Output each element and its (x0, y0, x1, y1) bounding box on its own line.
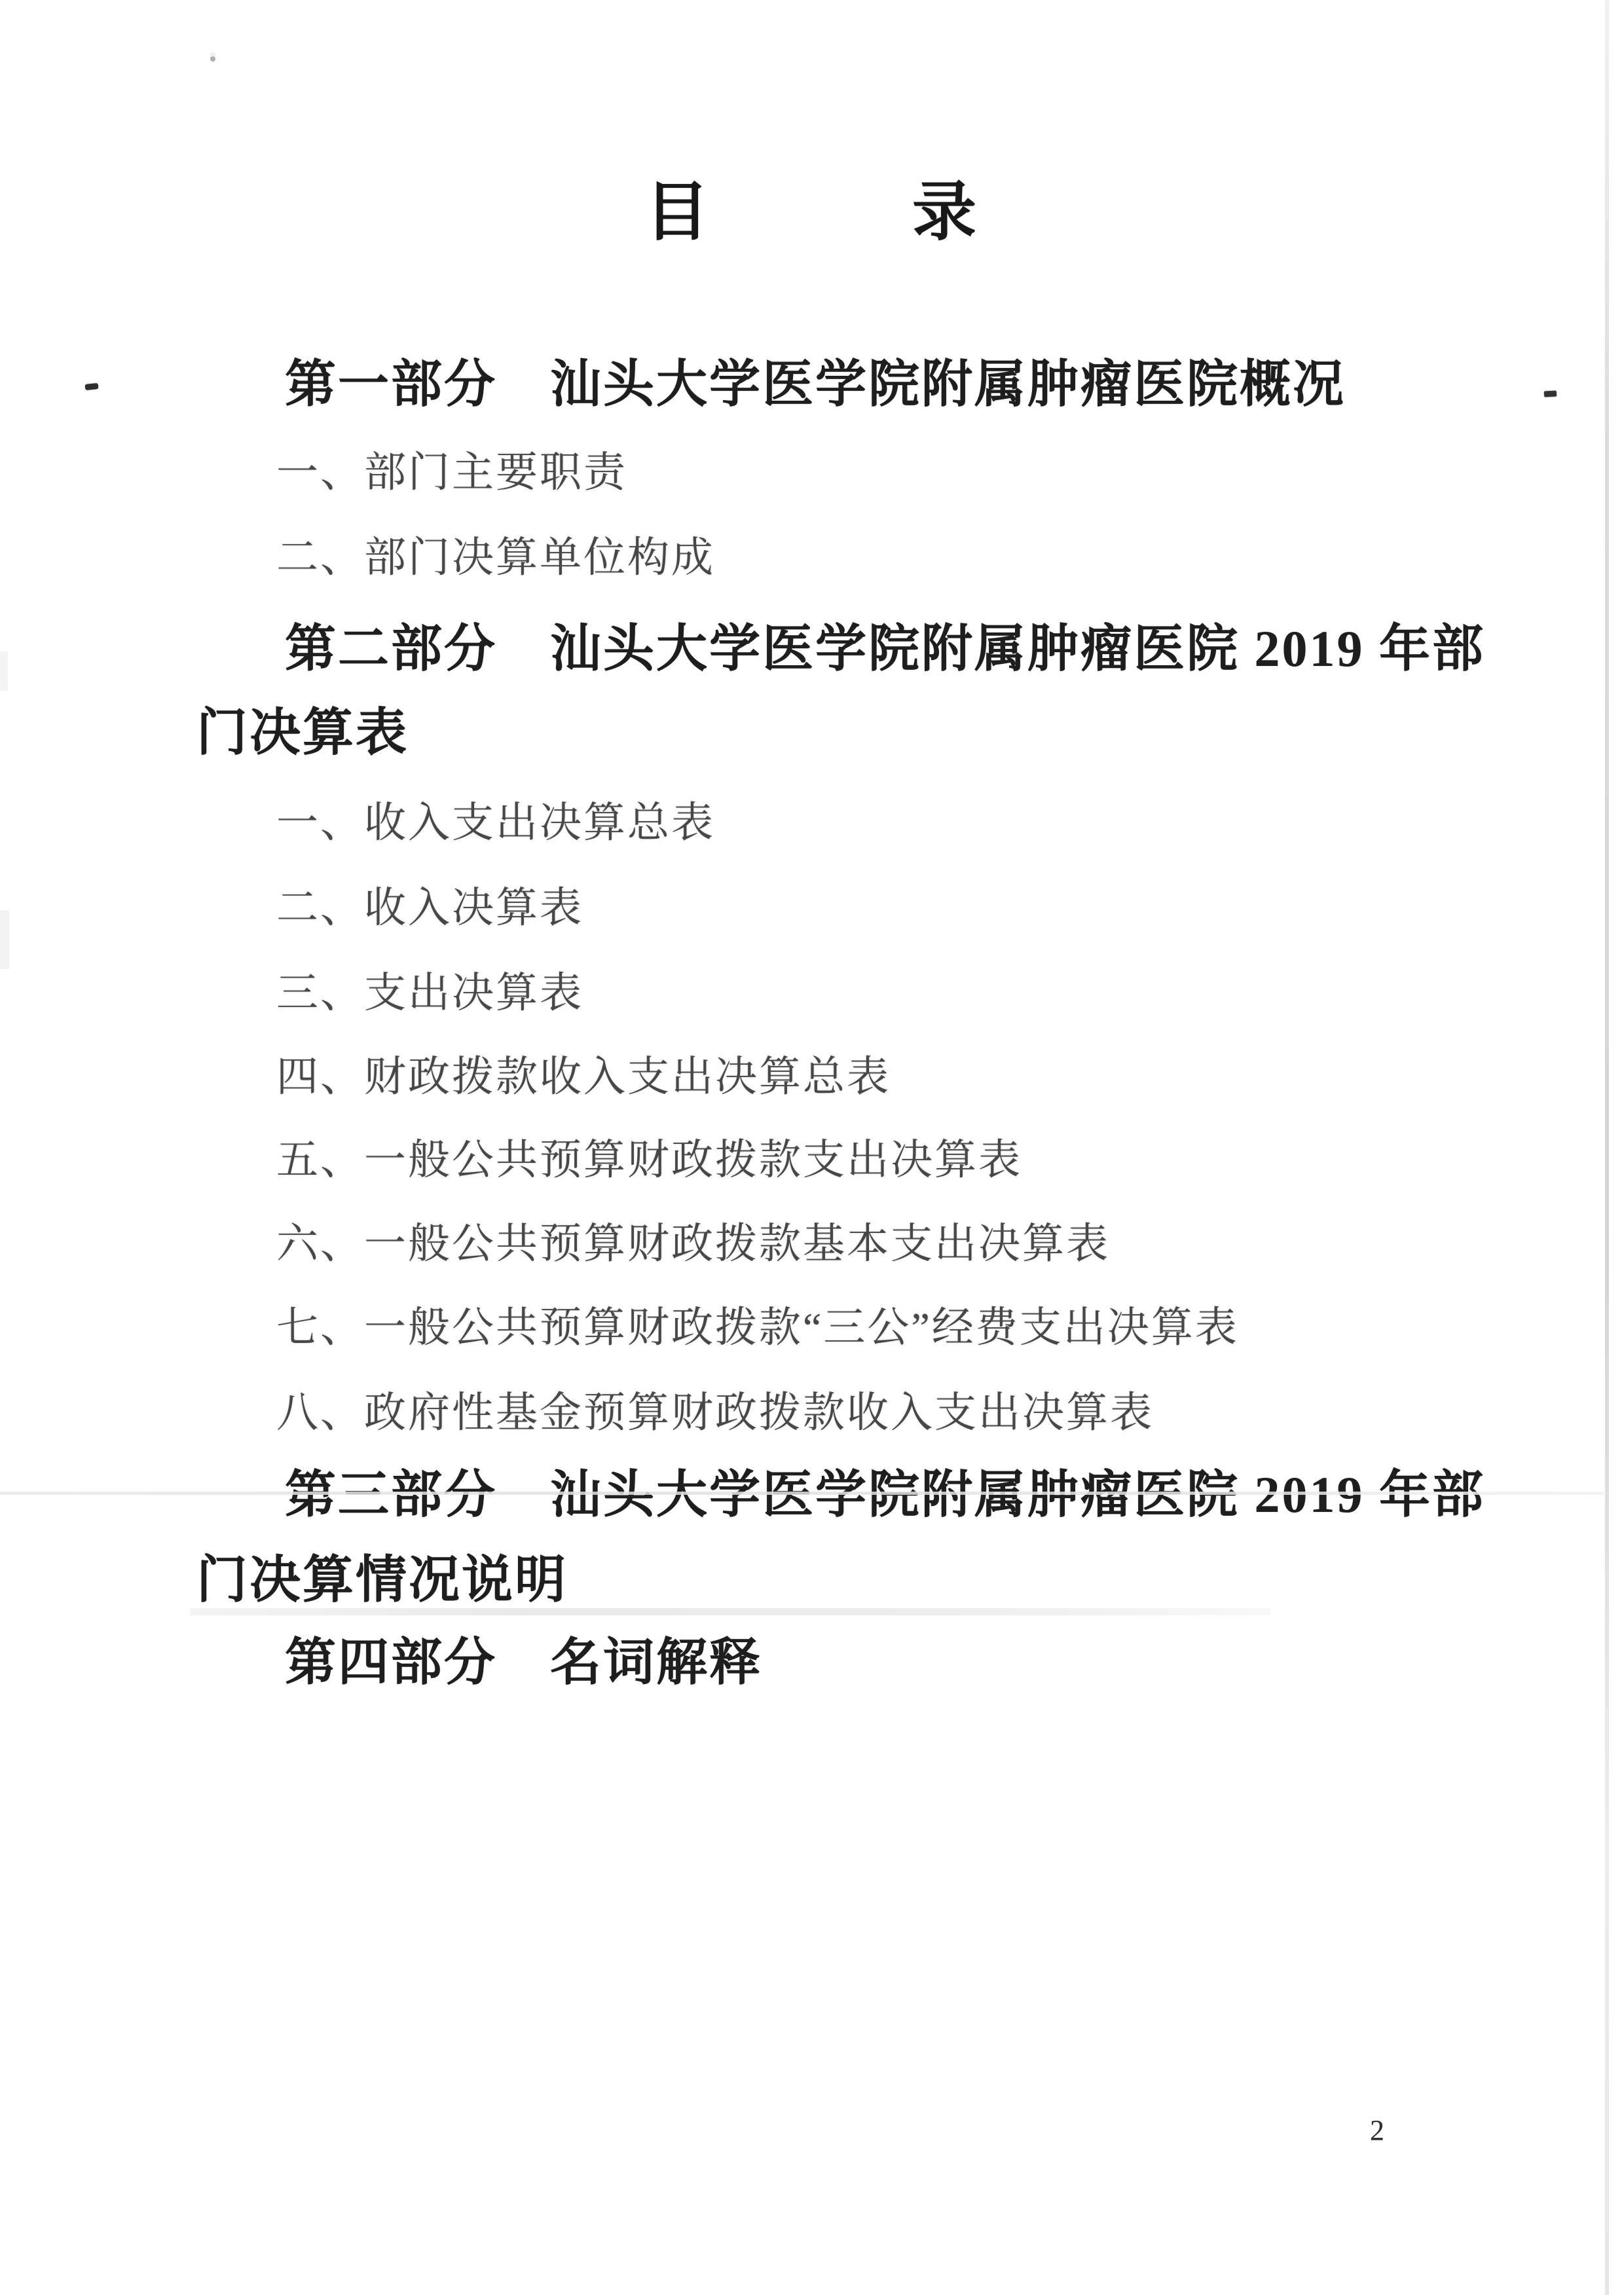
toc-chapter-heading: 门决算情况说明 (196, 1554, 1454, 1606)
scan-streak (190, 1608, 1270, 1615)
toc-item: 四、财政拨款收入支出决算总表 (196, 1056, 1454, 1098)
toc-item: 六、一般公共预算财政拨款基本支出决算表 (196, 1223, 1454, 1265)
ink-dash-mark (1544, 391, 1557, 397)
ink-speck-mark (210, 56, 215, 62)
toc-item: 一、部门主要职责 (196, 452, 1454, 494)
toc-item: 二、部门决算单位构成 (196, 537, 1454, 579)
toc-chapter-heading: 第四部分 名词解释 (196, 1637, 1454, 1688)
scanner-edge-line (1605, 0, 1609, 2295)
toc-item: 八、政府性基金预算财政拨款收入支出决算表 (196, 1392, 1454, 1434)
edge-smudge (0, 910, 9, 969)
toc-chapter-heading: 第三部分 汕头大学医学院附属肿瘤医院 2019 年部 (196, 1469, 1454, 1520)
toc-item: 五、一般公共预算财政拨款支出决算表 (196, 1139, 1454, 1181)
scanned-document-page: 目 录 第一部分 汕头大学医学院附属肿瘤医院概况一、部门主要职责二、部门决算单位… (0, 0, 1624, 2295)
toc-item: 七、一般公共预算财政拨款“三公”经费支出决算表 (196, 1307, 1454, 1349)
toc-item: 一、收入支出决算总表 (196, 802, 1454, 844)
toc-item: 三、支出决算表 (196, 972, 1454, 1014)
scan-streak (0, 1492, 1606, 1495)
toc-chapter-heading: 第一部分 汕头大学医学院附属肿瘤医院概况 (196, 359, 1454, 410)
edge-smudge (0, 652, 8, 691)
page-title: 目 录 (0, 178, 1624, 249)
page-number: 2 (1370, 2116, 1384, 2145)
toc-chapter-heading: 第二部分 汕头大学医学院附属肿瘤医院 2019 年部 (196, 623, 1454, 674)
toc-item: 二、收入决算表 (196, 887, 1454, 929)
toc-chapter-heading: 门决算表 (196, 707, 1454, 758)
ink-dash-mark (85, 383, 99, 390)
